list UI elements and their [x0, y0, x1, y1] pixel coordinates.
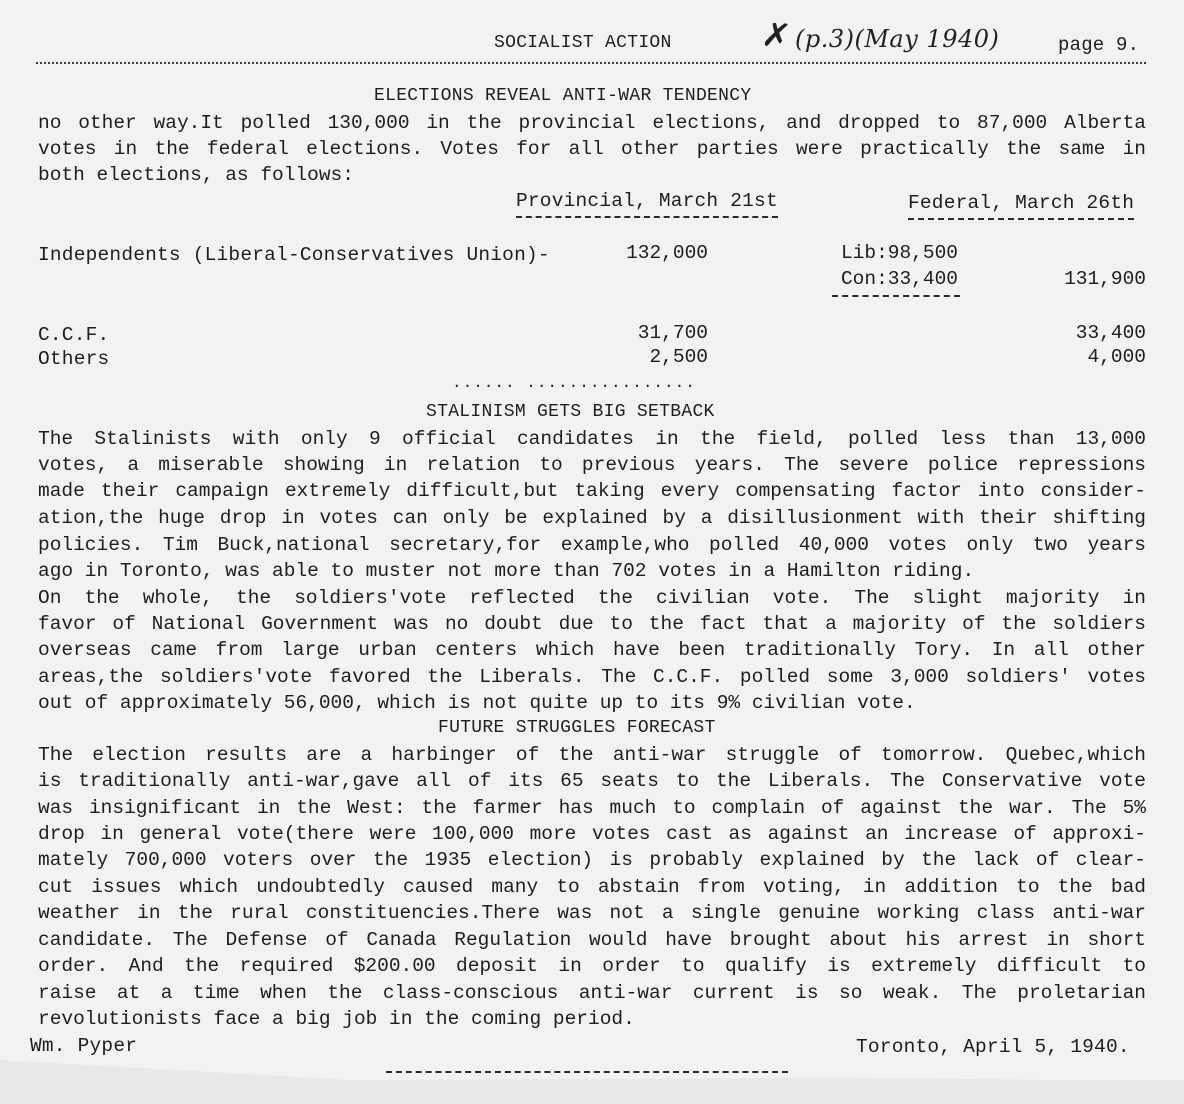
handwritten-annotation: ✗(p.3)(May 1940) [762, 16, 999, 56]
paragraph-line: mately 700,000 voters over the 1935 elec… [38, 847, 1146, 873]
table-cell-others-provincial: 2,500 [600, 346, 708, 368]
paragraph-line: candidate. The Defense of Canada Regulat… [38, 927, 1146, 953]
section-heading-stalinism: STALINISM GETS BIG SETBACK [426, 402, 715, 422]
column-header-federal: Federal, March 26th [908, 190, 1134, 220]
paragraph-line: revolutionists face a big job in the com… [38, 1006, 1146, 1032]
paragraph-line: policies. Tim Buck,national secretary,fo… [38, 532, 1146, 558]
table-cell-independents-lib: Lib:98,500 [820, 242, 958, 264]
header-dotted-rule [36, 62, 1146, 64]
table-row-label-independents: Independents (Liberal-Conservatives Unio… [38, 242, 550, 268]
table-cell-ccf-federal: 33,400 [1030, 322, 1146, 344]
paragraph-line: areas,the soldiers'vote favored the Libe… [38, 664, 1146, 690]
subtotal-rule [832, 295, 960, 297]
paragraph-line: no other way.It polled 130,000 in the pr… [38, 110, 1146, 136]
table-cell-independents-provincial: 132,000 [600, 242, 708, 264]
handwritten-note: (p.3)(May 1940) [795, 25, 999, 53]
paragraph-line: The election results are a harbinger of … [38, 742, 1146, 768]
paragraph-line: cut issues which undoubtedly caused many… [38, 874, 1146, 900]
handwritten-cross-mark-icon: ✗ [759, 14, 793, 58]
paragraph-line: order. And the required $200.00 deposit … [38, 953, 1146, 979]
table-row-label-others: Others [38, 346, 109, 372]
table-cell-others-federal: 4,000 [1030, 346, 1146, 368]
footer-rule [386, 1071, 788, 1073]
section-heading-elections: ELECTIONS REVEAL ANTI-WAR TENDENCY [374, 86, 751, 106]
paragraph-line: The Stalinists with only 9 official cand… [38, 426, 1146, 452]
table-cell-independents-con: Con:33,400 [820, 268, 958, 290]
paragraph-line: made their campaign extremely difficult,… [38, 478, 1146, 504]
place-and-date: Toronto, April 5, 1940. [856, 1034, 1130, 1060]
paragraph-line: overseas came from large urban centers w… [38, 637, 1146, 663]
paragraph-line: ation,the huge drop in votes can only be… [38, 505, 1146, 531]
paragraph-line: On the whole, the soldiers'vote reflecte… [38, 585, 1146, 611]
paragraph-line: is traditionally anti-war,gave all of it… [38, 768, 1146, 794]
paragraph-line: weather in the rural constituencies.Ther… [38, 900, 1146, 926]
paragraph-line: out of approximately 56,000, which is no… [38, 690, 1146, 716]
author-signature: Wm. Pyper [30, 1033, 137, 1059]
table-cell-ccf-provincial: 31,700 [600, 322, 708, 344]
paragraph-line: ago in Toronto, was able to muster not m… [38, 558, 1146, 584]
paragraph-line: raise at a time when the class-conscious… [38, 980, 1146, 1006]
page-number: page 9. [1058, 32, 1139, 58]
paragraph-line: votes, a miserable showing in relation t… [38, 452, 1146, 478]
table-row-label-ccf: C.C.F. [38, 322, 109, 348]
section-heading-future: FUTURE STRUGGLES FORECAST [438, 718, 716, 738]
paragraph-line: both elections, as follows: [38, 162, 1146, 188]
column-header-provincial: Provincial, March 21st [516, 188, 778, 218]
paragraph-line: favor of National Government was no doub… [38, 611, 1146, 637]
table-cell-independents-federal: 131,900 [1030, 268, 1146, 290]
paragraph-line: was insignificant in the West: the farme… [38, 795, 1146, 821]
section-separator-dots: ...... ................ [452, 370, 696, 396]
publication-title: SOCIALIST ACTION [494, 30, 672, 56]
paragraph-line: drop in general vote(there were 100,000 … [38, 821, 1146, 847]
paragraph-line: votes in the federal elections. Votes fo… [38, 136, 1146, 162]
